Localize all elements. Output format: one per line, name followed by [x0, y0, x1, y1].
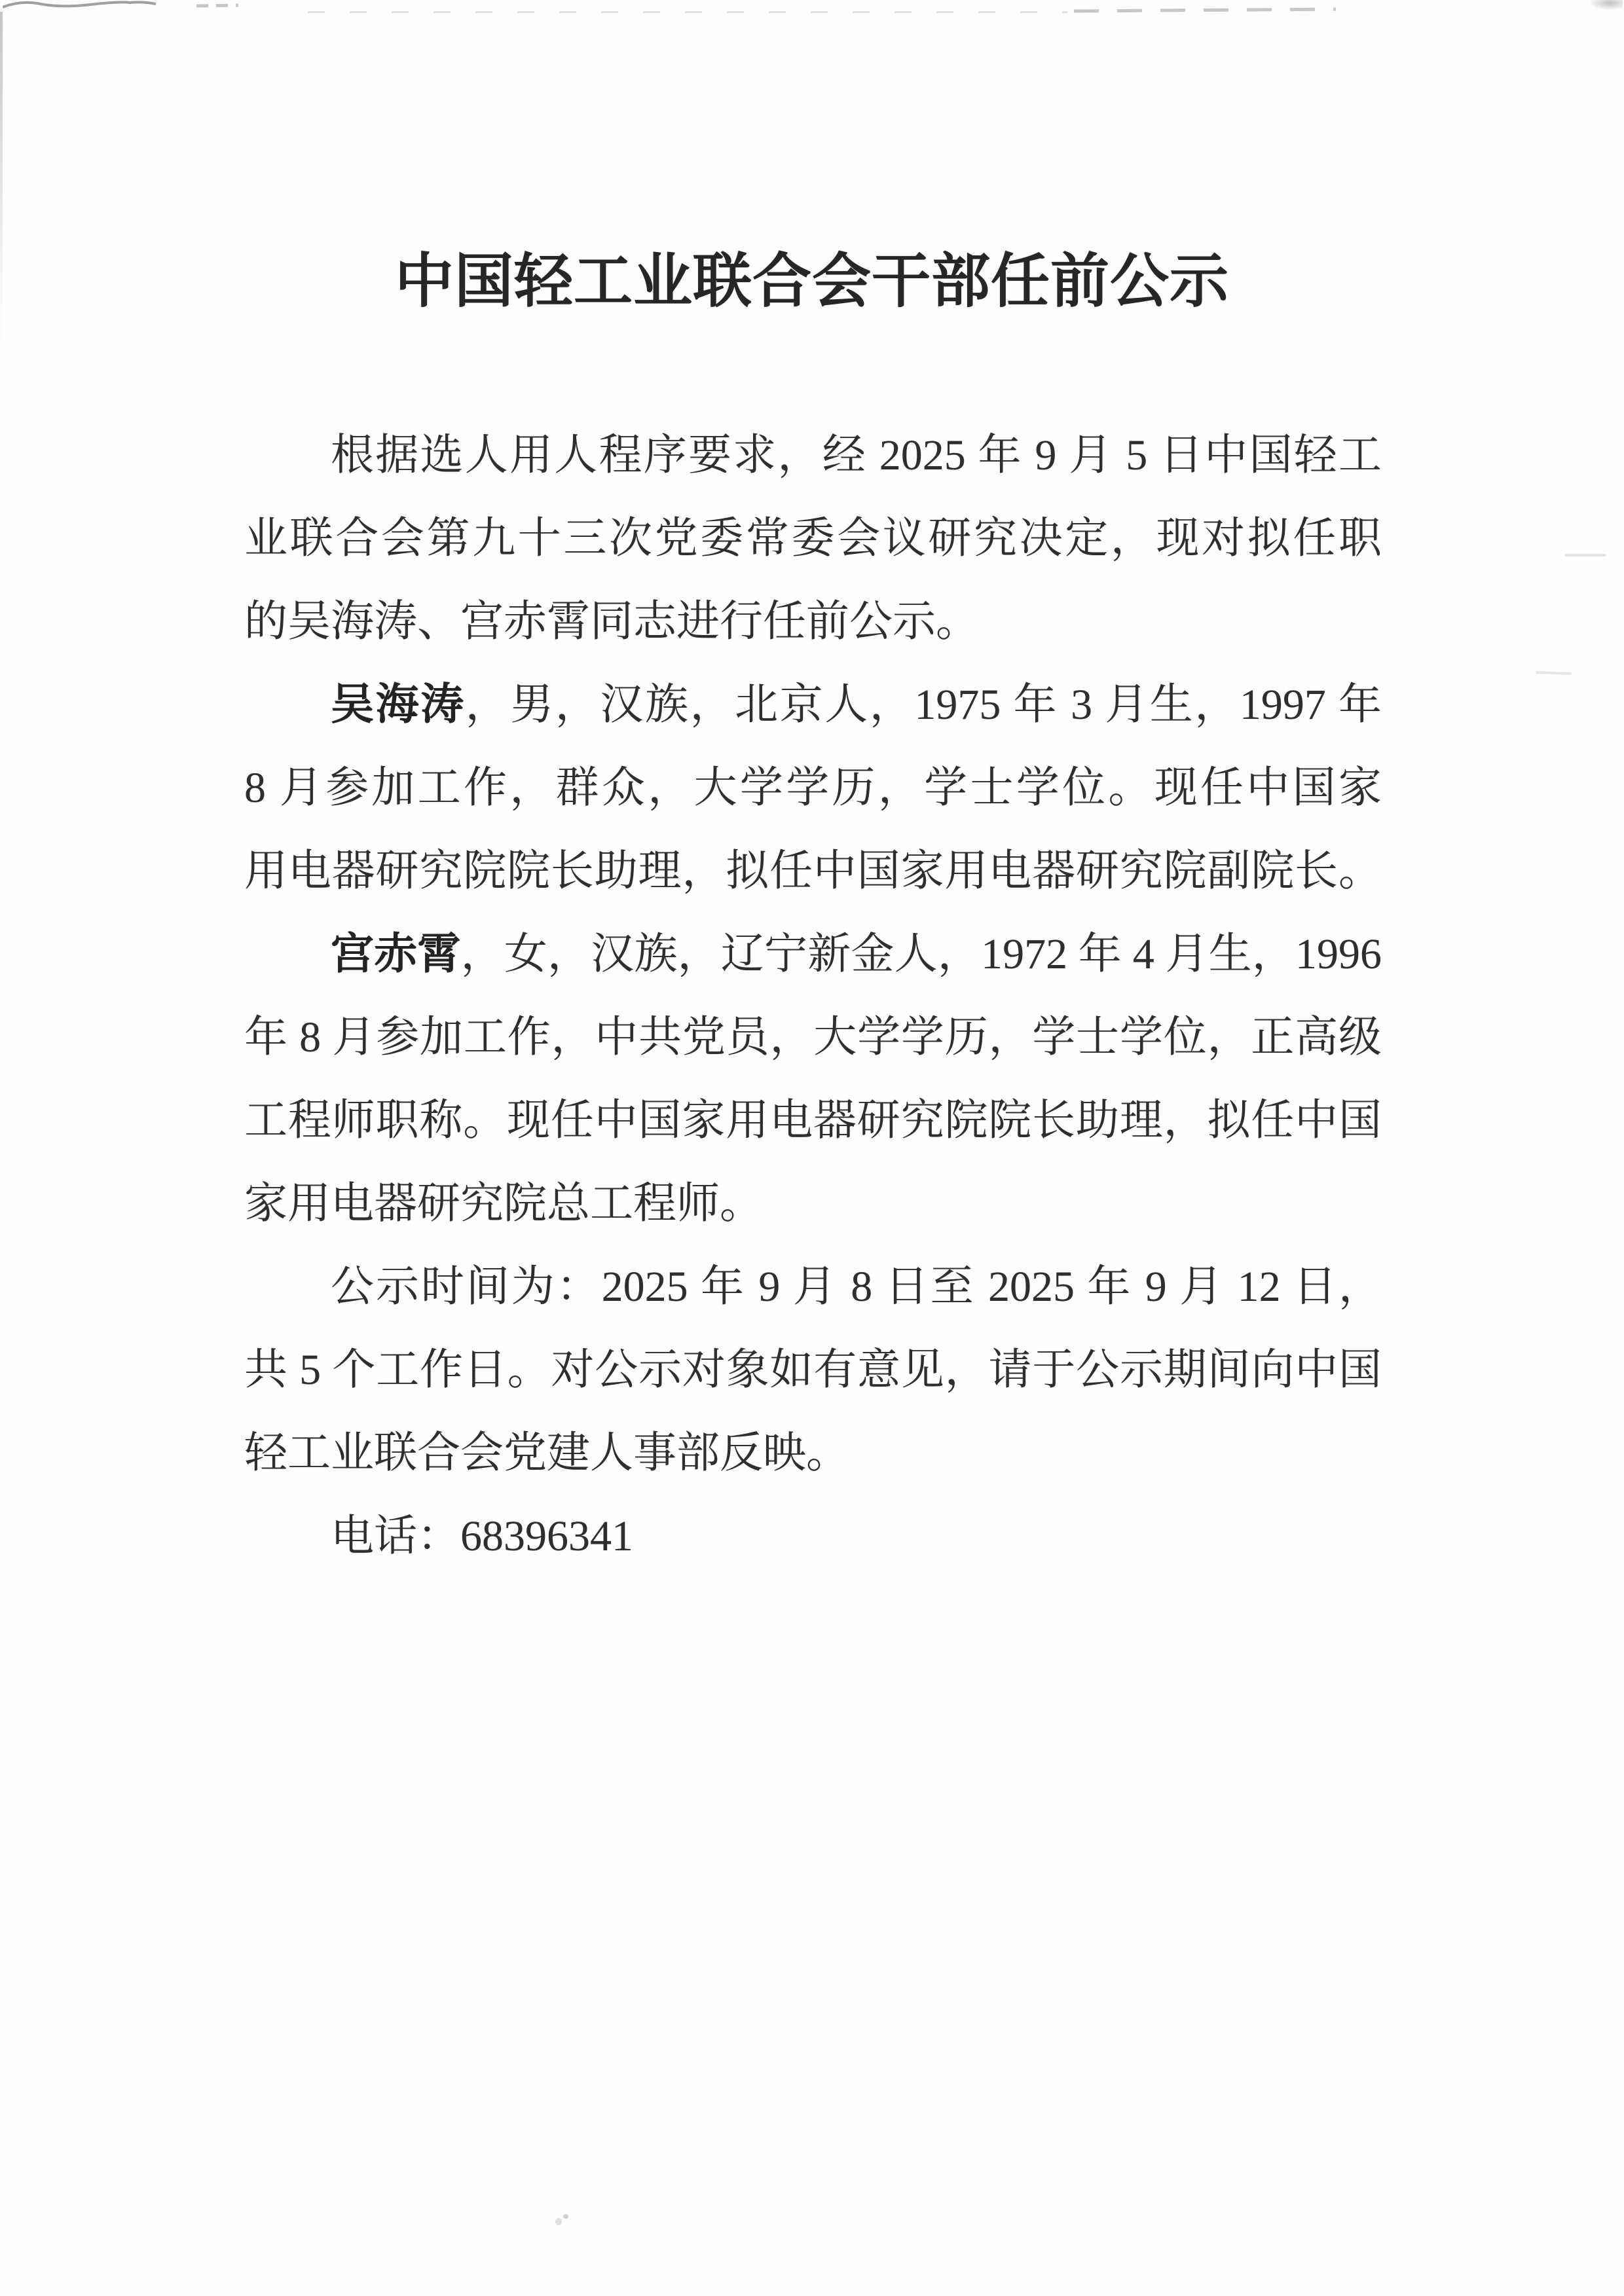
body-line: 共 5 个工作日。对公示对象如有意见，请于公示期间向中国 [244, 1328, 1382, 1412]
body-line: 业联合会第九十三次党委常委会议研究决定，现对拟任职 [244, 497, 1382, 580]
body-line: 年 8 月参加工作，中共党员，大学学历，学士学位，正高级 [244, 996, 1382, 1079]
body-line: 家用电器研究院总工程师。 [244, 1162, 1382, 1245]
paragraph-wu-haitao: 吴海涛，男，汉族，北京人，1975 年 3 月生，1997 年 8 月参加工作，… [244, 663, 1382, 913]
body-line: 吴海涛，男，汉族，北京人，1975 年 3 月生，1997 年 [244, 663, 1382, 746]
body-line: 工程师职称。现任中国家用电器研究院院长助理，拟任中国 [244, 1079, 1382, 1162]
person-name-gong-chixiao: 宫赤霄 [331, 930, 461, 978]
body-line: 根据选人用人程序要求，经 2025 年 9 月 5 日中国轻工 [244, 414, 1382, 497]
body-line: 轻工业联合会党建人事部反映。 [244, 1412, 1382, 1495]
paragraph-intro: 根据选人用人程序要求，经 2025 年 9 月 5 日中国轻工 业联合会第九十三… [244, 414, 1382, 663]
scan-artifact-right-dash-2 [1536, 671, 1572, 675]
scan-artifact-dash-row [1074, 8, 1336, 13]
scan-artifact-topleft-squiggle [3, 0, 160, 12]
scan-artifact-topright-mark [1590, 0, 1623, 10]
body-line: 的吴海涛、宫赤霄同志进行任前公示。 [244, 580, 1382, 663]
paragraph-gong-chixiao: 宫赤霄，女，汉族，辽宁新金人，1972 年 4 月生，1996 年 8 月参加工… [244, 913, 1382, 1245]
phone-line: 电话：68396341 [244, 1495, 1382, 1578]
scan-artifact-top-dash [196, 3, 238, 7]
scanned-document-page: 中国轻工业联合会干部任前公示 根据选人用人程序要求，经 2025 年 9 月 5… [0, 0, 1624, 2296]
document-body: 根据选人用人程序要求，经 2025 年 9 月 5 日中国轻工 业联合会第九十三… [244, 414, 1382, 1578]
scan-artifact-right-dash-1 [1565, 554, 1606, 556]
person-name-wu-haitao: 吴海涛 [331, 681, 466, 729]
body-line: 公示时间为：2025 年 9 月 8 日至 2025 年 9 月 12 日， [244, 1245, 1382, 1328]
body-line: 宫赤霄，女，汉族，辽宁新金人，1972 年 4 月生，1996 [244, 913, 1382, 996]
body-line: 用电器研究院院长助理，拟任中国家用电器研究院副院长。 [244, 829, 1382, 913]
paragraph-public-notice-period: 公示时间为：2025 年 9 月 8 日至 2025 年 9 月 12 日， 共… [244, 1245, 1382, 1495]
scan-artifact-dotted-row [308, 11, 1067, 13]
scan-artifact-bottom-speck [555, 2214, 570, 2225]
body-line-text: ，女，汉族，辽宁新金人，1972 年 4 月生，1996 [461, 930, 1382, 978]
body-line: 8 月参加工作，群众，大学学历，学士学位。现任中国家 [244, 746, 1382, 829]
paragraph-phone: 电话：68396341 [244, 1495, 1382, 1578]
body-line-text: ，男，汉族，北京人，1975 年 3 月生，1997 年 [466, 681, 1382, 729]
document-title: 中国轻工业联合会干部任前公示 [0, 244, 1624, 321]
